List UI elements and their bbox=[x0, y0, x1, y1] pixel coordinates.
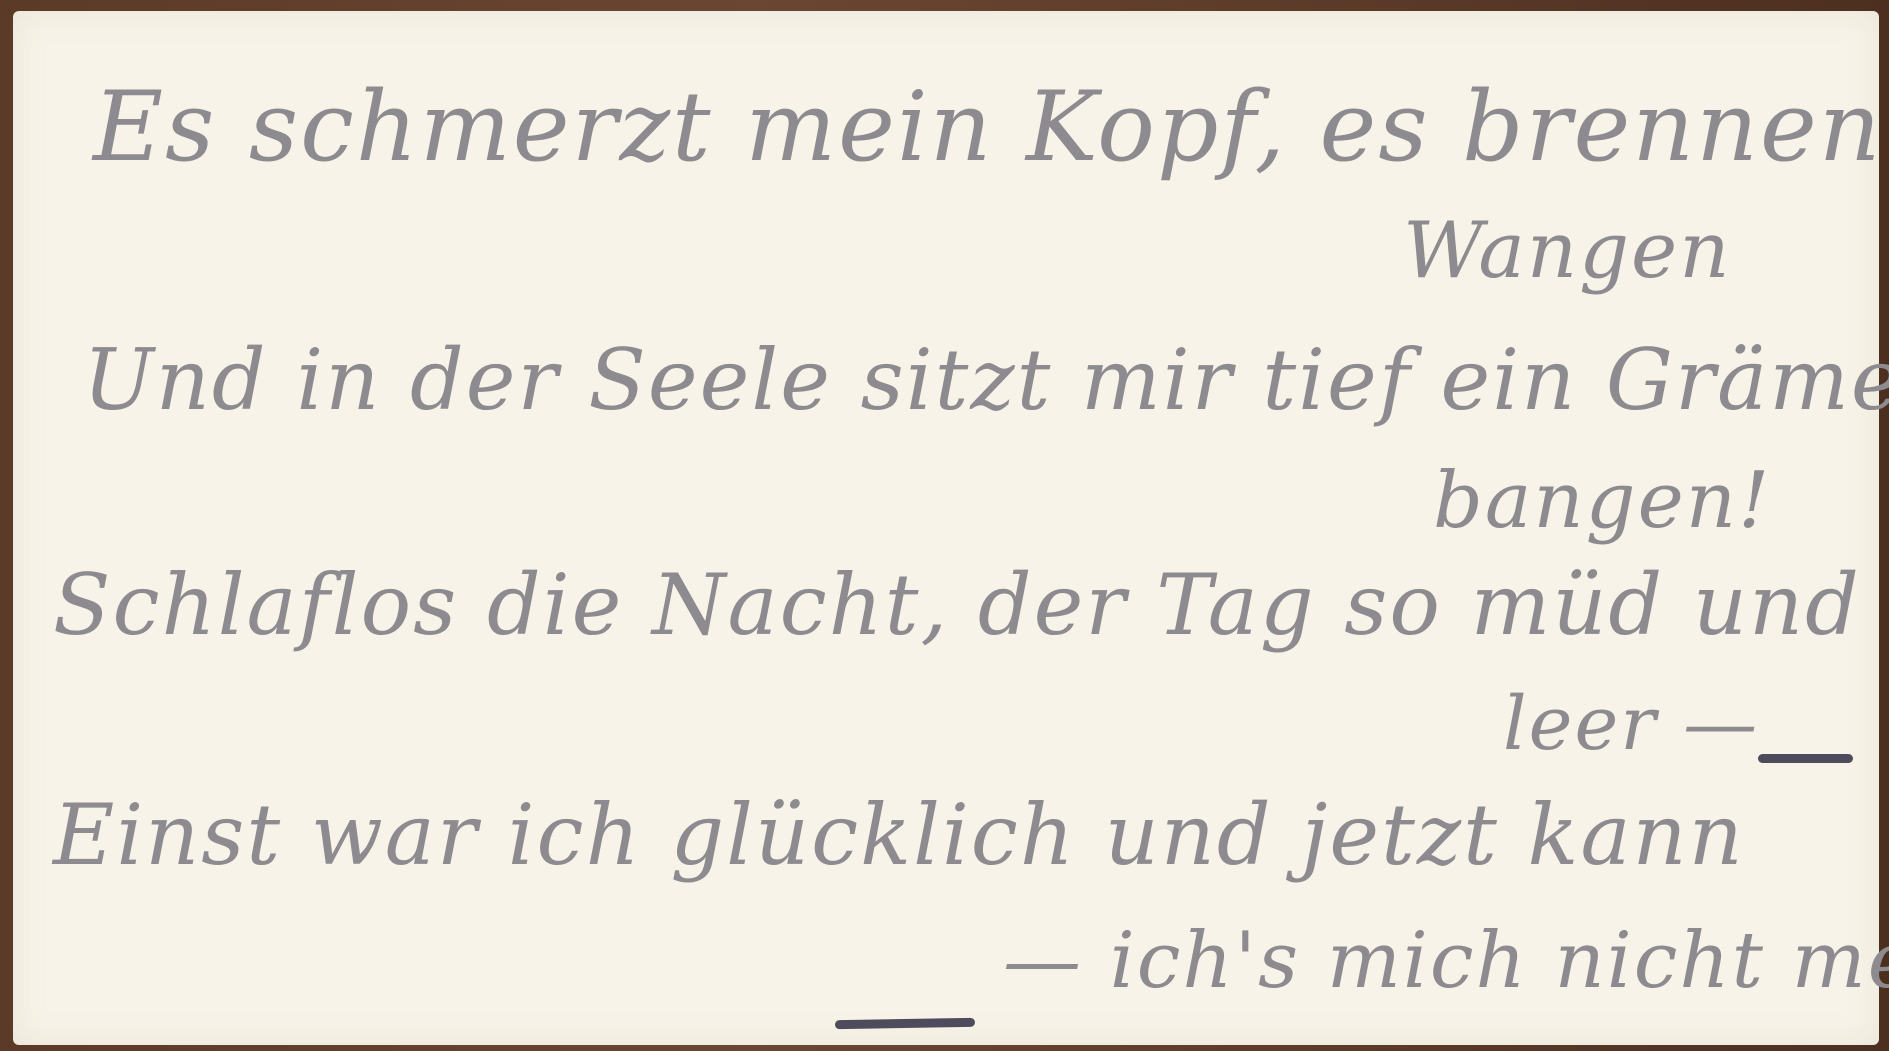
ink-dash-mark bbox=[835, 1018, 975, 1029]
handwritten-line-2-continuation: bangen! bbox=[1433, 456, 1771, 546]
handwritten-line-1-continuation: Wangen bbox=[1403, 206, 1731, 296]
handwritten-card: Es schmerzt mein Kopf, es brennen meine … bbox=[13, 11, 1879, 1045]
handwritten-line-4: Einst war ich glücklich und jetzt kann bbox=[53, 786, 1745, 884]
ink-dash-mark bbox=[1758, 754, 1853, 763]
handwritten-line-3: Schlaflos die Nacht, der Tag so müd und bbox=[53, 556, 1861, 654]
handwritten-line-2: Und in der Seele sitzt mir tief ein Gräm… bbox=[83, 331, 1889, 429]
handwritten-line-1: Es schmerzt mein Kopf, es brennen meine bbox=[93, 71, 1889, 183]
handwritten-line-3-continuation: leer — bbox=[1503, 681, 1759, 767]
handwritten-line-5: — ich's mich nicht mehr! bbox=[1003, 916, 1889, 1006]
